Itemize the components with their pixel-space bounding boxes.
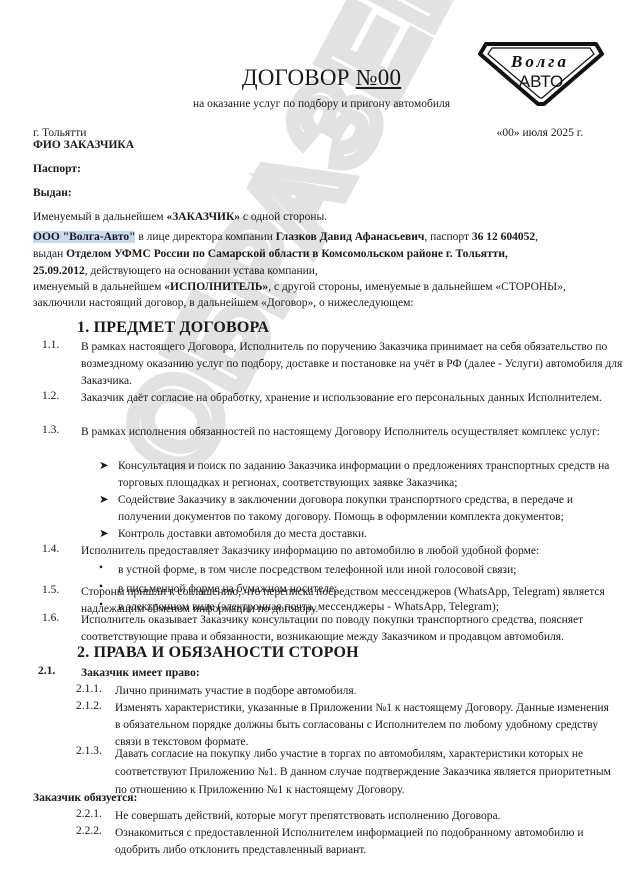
clause-2-1-2: Изменять характеристики, указанные в При…	[115, 700, 615, 751]
clause-2-1-3: Давать согласие на покупку либо участие …	[115, 745, 615, 799]
clause-1-2: Заказчик даёт согласие на обработку, хра…	[81, 390, 626, 407]
clause-number: 2.1.3.	[76, 745, 102, 757]
contract-number: №00	[356, 65, 402, 90]
arrow-bullet-icon: ➤	[99, 492, 109, 506]
executor-line-1: ООО "Волга-Авто" в лице директора компан…	[33, 231, 538, 243]
clause-number: 2.1.1.	[76, 683, 102, 695]
clause-number: 1.2.	[42, 390, 59, 402]
section-2-heading: 2. ПРАВА И ОБЯЗАНОСТИ СТОРОН	[77, 644, 359, 662]
service-item: Контроль доставки автомобиля до места до…	[118, 526, 628, 543]
clause-2-2-2: Ознакомиться с предоставленной Исполните…	[115, 825, 615, 859]
clause-number: 1.1.	[42, 339, 59, 351]
arrow-bullet-icon: ➤	[99, 526, 109, 540]
clause-number: 2.1.	[38, 665, 55, 677]
form-item: в устной форме, в том числе посредством …	[118, 562, 628, 579]
clause-number: 1.4.	[42, 543, 59, 555]
clause-1-6: Исполнитель оказывает Заказчику консульт…	[81, 612, 626, 646]
volga-avto-logo: Волга АВТО	[478, 40, 604, 108]
contract-date: «00» июля 2025 г.	[497, 127, 583, 139]
passport-label: Паспорт:	[33, 163, 81, 175]
executor-company: ООО "Волга-Авто"	[33, 231, 135, 243]
duties-label: Заказчик обязуется:	[33, 792, 137, 804]
service-item: Консультация и поиск по заданию Заказчик…	[118, 458, 628, 492]
rights-label: Заказчик имеет право:	[81, 665, 626, 682]
svg-text:АВТО: АВТО	[519, 72, 563, 91]
clause-number: 2.1.2.	[76, 700, 102, 712]
customer-name-label: ФИО ЗАКАЗЧИКА	[33, 139, 134, 151]
contract-page: ОБРАЗЕЦ ДОГОВОР №00 на оказание услуг по…	[0, 0, 643, 884]
clause-1-1: В рамках настоящего Договора, Исполнител…	[81, 339, 626, 390]
clause-1-4: Исполнитель предоставляет Заказчику инфо…	[81, 543, 626, 560]
clause-2-2-1: Не совершать действий, которые могут пре…	[115, 808, 615, 825]
city: г. Тольятти	[33, 127, 86, 139]
issued-label: Выдан:	[33, 187, 72, 199]
service-item: Содействие Заказчику в заключении догово…	[118, 492, 628, 526]
clause-number: 1.5.	[42, 584, 59, 596]
executor-line-2: выдан Отделом УФМС России по Самарской о…	[33, 248, 508, 260]
svg-text:Волга: Волга	[510, 52, 569, 71]
bullet-dot-icon: •	[99, 562, 103, 574]
section-1-heading: 1. ПРЕДМЕТ ДОГОВОРА	[77, 319, 269, 337]
clause-number: 1.3.	[42, 424, 59, 436]
arrow-bullet-icon: ➤	[99, 458, 109, 472]
clause-1-3: В рамках исполнения обязанностей по наст…	[81, 424, 626, 441]
clause-number: 2.2.2.	[76, 825, 102, 837]
clause-number: 1.6.	[42, 612, 59, 624]
executor-line-5: заключили настоящий договор, в дальнейше…	[33, 297, 414, 309]
clause-2-1-1: Лично принимать участие в подборе автомо…	[115, 683, 615, 700]
executor-line-3: 25.09.2012, действующего на основании ус…	[33, 265, 318, 277]
customer-role-line: Именуемый в дальнейшем «ЗАКАЗЧИК» с одно…	[33, 211, 327, 223]
executor-line-4: именуемый в дальнейшем «ИСПОЛНИТЕЛЬ», с …	[33, 281, 566, 293]
clause-number: 2.2.1.	[76, 808, 102, 820]
